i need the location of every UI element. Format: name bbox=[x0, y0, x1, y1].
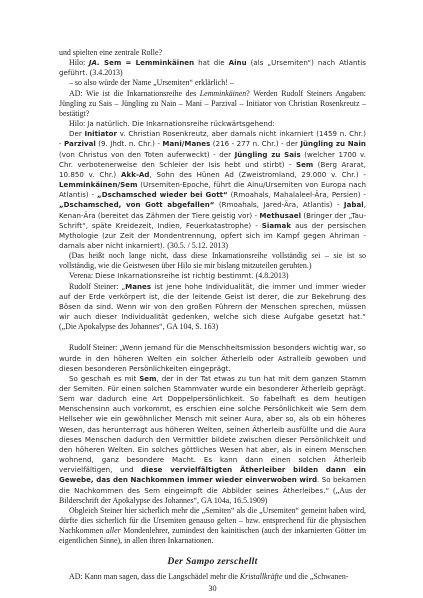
paragraph: AD: Kann man sagen, dass die Langschädel… bbox=[59, 572, 366, 582]
text-run: Hilo: bbox=[69, 119, 87, 128]
paragraph: Hilo: Ja natürlich. Die Inkarnationsreih… bbox=[59, 119, 366, 129]
text-run: (216 - 277 n. Chr.) - der bbox=[210, 139, 300, 148]
text-run: Lemminkäinen bbox=[200, 89, 246, 98]
paragraph: Rudolf Steiner: „Manes ist jene hohe Ind… bbox=[59, 282, 366, 333]
document-page: und spielten eine zentrale Rolle?Hilo: J… bbox=[0, 0, 423, 598]
text-run: Diese Inkarnationsreihe ist richtig best… bbox=[95, 271, 254, 280]
text-run: Sem = Lemminkäinen bbox=[100, 58, 194, 67]
body-text-lower: AD: Kann man sagen, dass die Langschädel… bbox=[59, 572, 366, 582]
text-run: (30.5. / 5.12. 2013) bbox=[167, 241, 228, 250]
text-run: Siamak bbox=[262, 221, 291, 230]
text-run: Jüngling zu Sais bbox=[235, 150, 301, 159]
text-run: Akk-Ad bbox=[121, 170, 150, 179]
text-run: (4.8.2013) bbox=[254, 271, 289, 280]
text-run: Jüngling zu Nain bbox=[300, 139, 366, 148]
text-run: (von Christus von den Toten auferweckt) … bbox=[59, 150, 235, 159]
paragraph: Rudolf Steiner: „Wenn jemand für die Men… bbox=[59, 343, 366, 373]
text-run: So geschah es mit bbox=[69, 374, 139, 383]
paragraph: (Das heißt noch lange nicht, dass diese … bbox=[59, 251, 366, 271]
paragraph: AD: Wie ist die Inkarnationsreihe des Le… bbox=[59, 89, 366, 119]
section-heading: Der Sampo zerschellt bbox=[59, 556, 366, 567]
text-run: , der in der Tat etwas zu tun hat mit de… bbox=[59, 374, 366, 474]
text-run: (9. Jhdt. n. Chr.) - bbox=[96, 139, 163, 148]
paragraph: Der Initiator v. Christian Rosenkreutz, … bbox=[59, 129, 366, 251]
paragraph: Hilo: JA. Sem = Lemminkäinen hat die Ain… bbox=[59, 58, 366, 78]
text-run: Der bbox=[69, 129, 84, 138]
text-run: hat die bbox=[194, 58, 228, 67]
text-run: Lemminkäinen/Sem bbox=[59, 180, 137, 189]
page-content: und spielten eine zentrale Rolle?Hilo: J… bbox=[59, 48, 366, 593]
text-run: Verena: bbox=[69, 271, 95, 280]
text-run: AD: Wie ist die Inkarnationsreihe des bbox=[69, 89, 200, 98]
paragraph: Verena: Diese Inkarnationsreihe ist rich… bbox=[59, 271, 366, 281]
body-text-upper: und spielten eine zentrale Rolle?Hilo: J… bbox=[59, 48, 366, 547]
text-run: Sem bbox=[139, 374, 156, 383]
text-run: (Rmoahals, Jared-Ära, Atlantis) - bbox=[214, 200, 343, 209]
text-run: – so also würde der Name „Ursemiten“ erk… bbox=[69, 78, 234, 87]
text-run: , Sohn des Hünen Ad (Zweistromland, 29.0… bbox=[150, 170, 367, 179]
paragraph: und spielten eine zentrale Rolle? bbox=[59, 48, 366, 58]
text-run: Mani/Manes bbox=[162, 139, 210, 148]
paragraph: – so also würde der Name „Ursemiten“ erk… bbox=[59, 78, 366, 88]
text-run: Ainu bbox=[229, 58, 247, 67]
page-number: 30 bbox=[59, 584, 366, 593]
text-run: (Rmoahals, Mahalaleel-Ära, Persien) - bbox=[228, 190, 366, 199]
text-run: Rudolf Steiner: bbox=[69, 282, 121, 291]
text-run: „Dschamsched wieder bei Gott“ bbox=[97, 190, 228, 199]
text-run: Kristallkräfte bbox=[240, 572, 283, 581]
text-run: (3.4.2013) bbox=[90, 68, 123, 77]
text-run: Parzival bbox=[64, 139, 96, 148]
text-run: Initiator bbox=[84, 129, 117, 138]
text-run: Ja natürlich. Die Inkarnationsreihe rück… bbox=[87, 119, 275, 128]
text-run: Hilo: bbox=[69, 58, 89, 67]
text-run: „Dschamsched, von Gott abgefallen“ bbox=[59, 200, 214, 209]
text-run: und die „Schwanen- bbox=[282, 572, 348, 581]
text-run: Sem bbox=[296, 160, 313, 169]
paragraph: So geschah es mit Sem, der in der Tat et… bbox=[59, 374, 366, 506]
text-run: Rudolf Steiner: bbox=[69, 343, 119, 352]
text-run: Jabal bbox=[344, 200, 364, 209]
text-run: aller bbox=[106, 526, 121, 535]
text-run: Manes bbox=[125, 282, 151, 291]
text-run: Methusael bbox=[259, 211, 301, 220]
text-run: JA. bbox=[89, 58, 100, 67]
text-run: („Die Apokalypse des Johannes“, GA 104, … bbox=[59, 322, 218, 331]
text-run: und spielten eine zentrale Rolle? bbox=[59, 48, 162, 57]
paragraph: Obgleich Steiner hier sicherlich mehr di… bbox=[59, 506, 366, 547]
text-run: AD: Kann man sagen, dass die Langschädel… bbox=[69, 572, 240, 581]
text-run: (Das heißt noch lange nicht, dass diese … bbox=[59, 251, 366, 270]
